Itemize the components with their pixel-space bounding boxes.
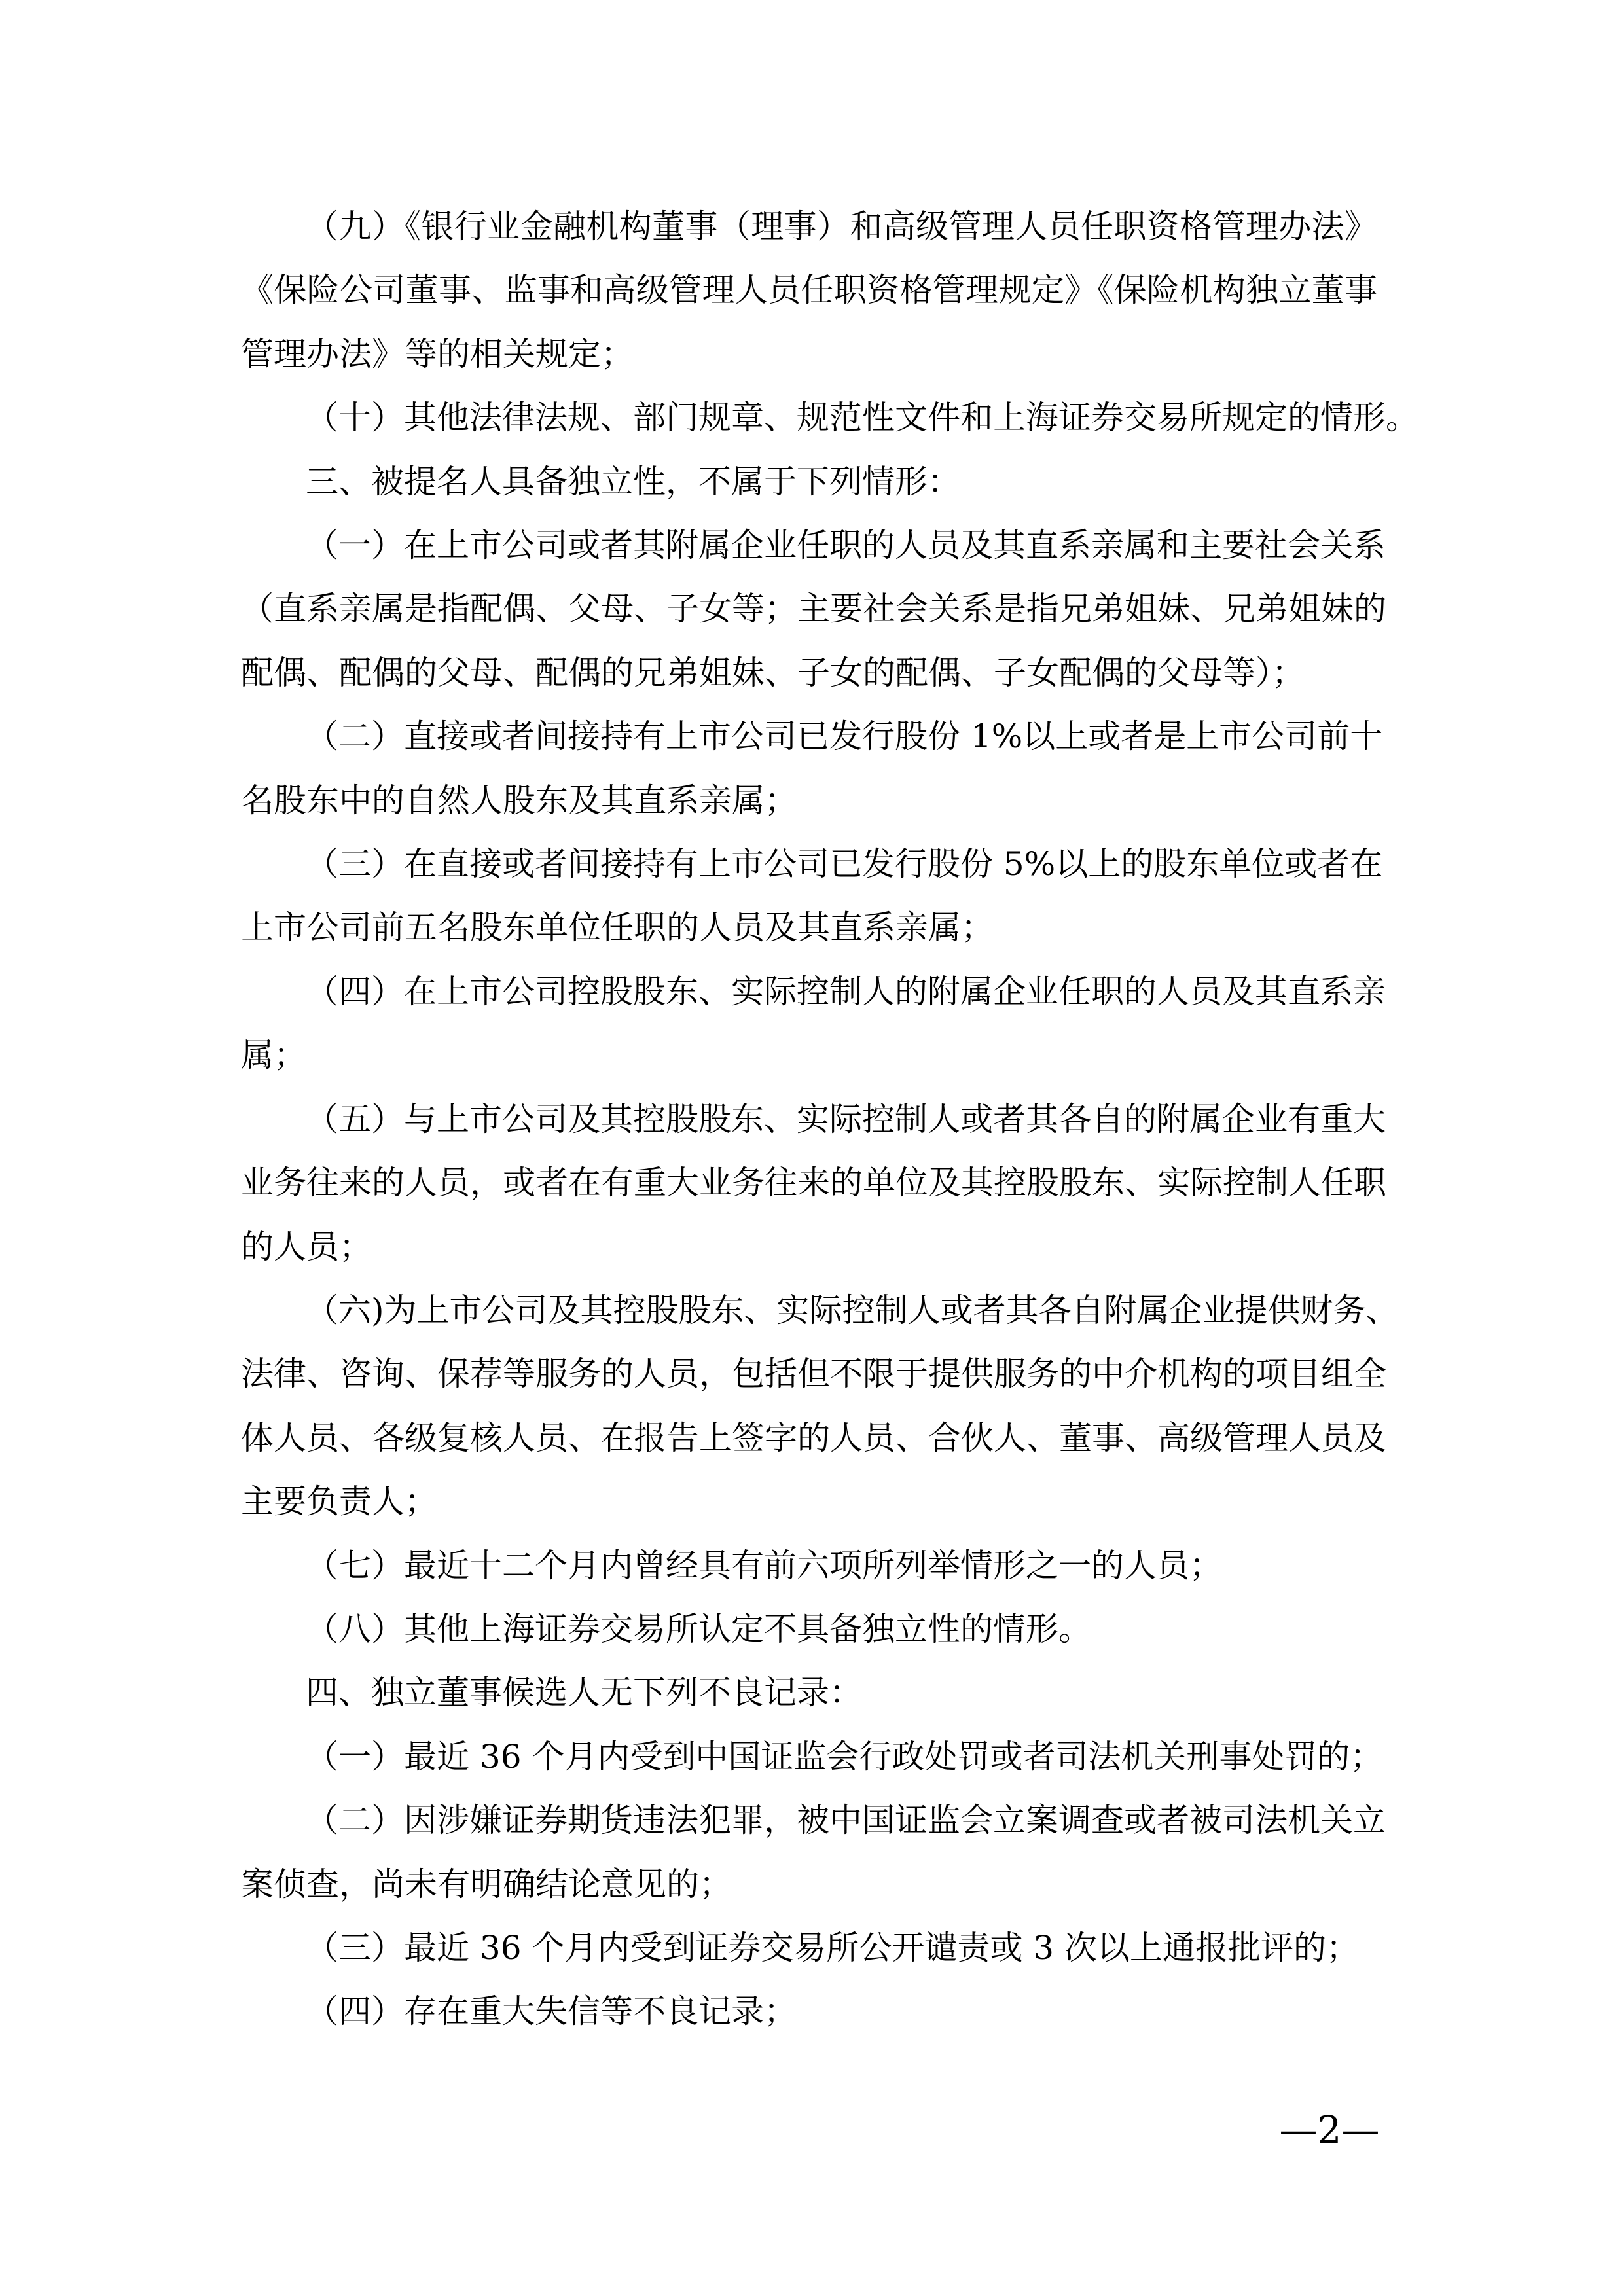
document-line: （直系亲属是指配偶、父母、子女等；主要社会关系是指兄弟姐妹、兄弟姐妹的 xyxy=(241,577,1377,641)
document-line: 四、独立董事候选人无下列不良记录： xyxy=(241,1661,1377,1725)
document-line: （四）在上市公司控股股东、实际控制人的附属企业任职的人员及其直系亲 xyxy=(241,960,1377,1024)
document-line: （九）《银行业金融机构董事（理事）和高级管理人员任职资格管理办法》 xyxy=(241,195,1377,259)
document-line: 《保险公司董事、监事和高级管理人员任职资格管理规定》《保险机构独立董事 xyxy=(241,259,1377,322)
document-line: 配偶、配偶的父母、配偶的兄弟姐妹、子女的配偶、子女配偶的父母等）； xyxy=(241,641,1377,705)
document-line: 案侦查，尚未有明确结论意见的； xyxy=(241,1853,1377,1916)
document-line: （十）其他法律法规、部门规章、规范性文件和上海证券交易所规定的情形。 xyxy=(241,386,1377,450)
document-line: （一）在上市公司或者其附属企业任职的人员及其直系亲属和主要社会关系 xyxy=(241,514,1377,577)
document-line: 三、被提名人具备独立性，不属于下列情形： xyxy=(241,450,1377,514)
document-line: （六)为上市公司及其控股股东、实际控制人或者其各自附属企业提供财务、 xyxy=(241,1279,1377,1342)
document-body: （九）《银行业金融机构董事（理事）和高级管理人员任职资格管理办法》 《保险公司董… xyxy=(241,195,1377,2044)
document-line: 的人员； xyxy=(241,1215,1377,1279)
document-line: 业务往来的人员，或者在有重大业务往来的单位及其控股股东、实际控制人任职 xyxy=(241,1151,1377,1215)
document-line: （一）最近 36 个月内受到中国证监会行政处罚或者司法机关刑事处罚的； xyxy=(241,1725,1377,1789)
document-line: 上市公司前五名股东单位任职的人员及其直系亲属； xyxy=(241,896,1377,960)
page-number: —2— xyxy=(1264,2108,1395,2152)
document-line: （二）因涉嫌证券期货违法犯罪，被中国证监会立案调查或者被司法机关立 xyxy=(241,1789,1377,1852)
document-line: （七）最近十二个月内曾经具有前六项所列举情形之一的人员； xyxy=(241,1534,1377,1598)
document-line: （三）最近 36 个月内受到证券交易所公开谴责或 3 次以上通报批评的； xyxy=(241,1916,1377,1980)
document-line: 法律、咨询、保荐等服务的人员，包括但不限于提供服务的中介机构的项目组全 xyxy=(241,1342,1377,1406)
document-line: （四）存在重大失信等不良记录； xyxy=(241,1980,1377,2043)
document-page: （九）《银行业金融机构董事（理事）和高级管理人员任职资格管理办法》 《保险公司董… xyxy=(0,0,1624,2296)
document-line: 管理办法》等的相关规定； xyxy=(241,323,1377,386)
document-line: 属； xyxy=(241,1024,1377,1087)
document-line: （三）在直接或者间接持有上市公司已发行股份 5%以上的股东单位或者在 xyxy=(241,833,1377,896)
document-line: （五）与上市公司及其控股股东、实际控制人或者其各自的附属企业有重大 xyxy=(241,1088,1377,1151)
document-line: （二）直接或者间接持有上市公司已发行股份 1%以上或者是上市公司前十 xyxy=(241,705,1377,768)
document-line: 体人员、各级复核人员、在报告上签字的人员、合伙人、董事、高级管理人员及 xyxy=(241,1407,1377,1470)
document-line: （八）其他上海证券交易所认定不具备独立性的情形。 xyxy=(241,1598,1377,1661)
document-line: 名股东中的自然人股东及其直系亲属； xyxy=(241,769,1377,833)
document-line: 主要负责人； xyxy=(241,1470,1377,1534)
